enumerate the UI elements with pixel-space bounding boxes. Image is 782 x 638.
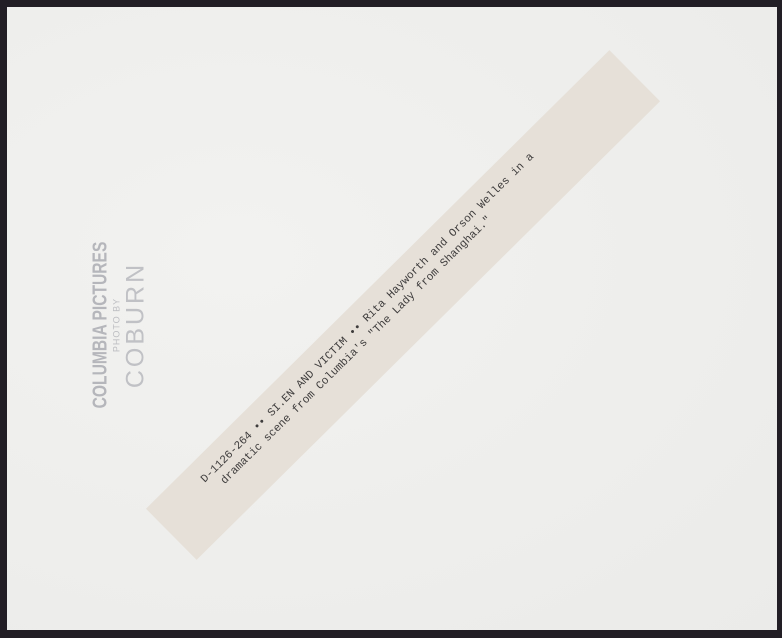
stamp-photographer: COBURN bbox=[123, 218, 149, 432]
stamp-studio-name: COLUMBIA PICTURES bbox=[90, 242, 112, 409]
studio-stamp-text: COLUMBIA PICTURES PHOTO BY COBURN bbox=[90, 218, 149, 432]
